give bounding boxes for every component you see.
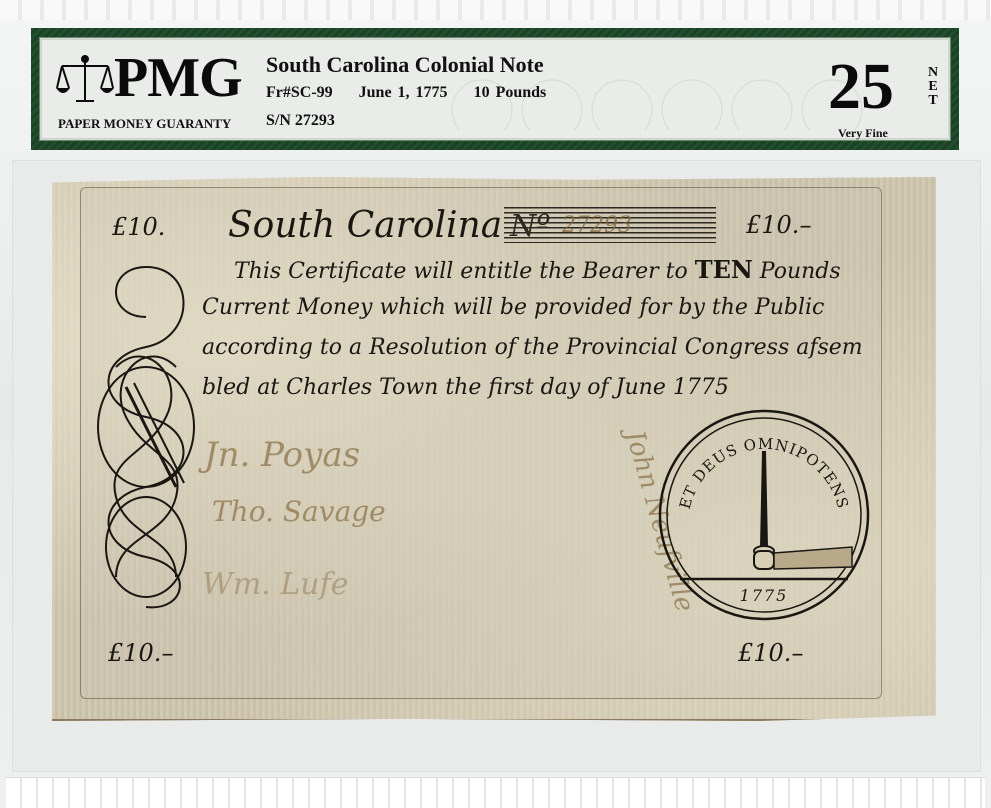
note-text-line-3: according to a Resolution of the Provinc… <box>202 335 863 360</box>
note-heading: South Carolina <box>228 205 502 246</box>
calligraphic-flourish-icon <box>86 257 206 617</box>
grade-description: Very Fine <box>838 126 888 141</box>
note-text-line-1: This Certificate will entitle the Bearer… <box>234 255 841 284</box>
pmg-logo: PMG <box>56 50 256 110</box>
serial-number: S/N 27293 <box>266 112 335 130</box>
seal-year: 1775 <box>740 586 789 605</box>
catalog-number: Fr#SC-99 <box>266 84 333 101</box>
note-title: South Carolina Colonial Note <box>266 52 544 78</box>
corner-value-bottom-left: £10.– <box>108 639 173 667</box>
pmg-brand: PMG <box>114 46 242 110</box>
corner-value-top-right: £10.– <box>746 211 811 239</box>
serial-ink: 27293 <box>562 213 632 238</box>
note-date: June 1, 1775 <box>359 84 448 101</box>
colonial-banknote: £10. South Carolina Nº 27293 £10.– This … <box>52 177 936 721</box>
signature: Tho. Savage <box>212 495 386 528</box>
corner-value-bottom-right: £10.– <box>738 639 803 667</box>
scales-of-justice-icon <box>56 54 114 106</box>
note-text: This Certificate will entitle the Bearer… <box>234 259 695 284</box>
grading-label-panel: PMG PAPER MONEY GUARANTY South Carolina … <box>40 38 950 140</box>
grade-qualifier-letter: E <box>926 80 940 94</box>
note-denomination: 10 Pounds <box>474 84 547 101</box>
corner-value-top-left: £10. <box>112 213 165 241</box>
signature: Jn. Poyas <box>204 435 360 475</box>
note-seal: ET DEUS OMNIPOTENS 1775 <box>656 407 872 623</box>
grade-qualifier-letter: T <box>926 94 940 108</box>
grade-qualifier: N E T <box>926 66 940 108</box>
grade-number: 25 <box>828 54 894 120</box>
grade-qualifier-letter: N <box>926 66 940 80</box>
note-text-line-2: Current Money which will be provided for… <box>202 295 824 320</box>
grading-label: PMG PAPER MONEY GUARANTY South Carolina … <box>31 28 959 150</box>
note-details: Fr#SC-99 June 1, 1775 10 Pounds <box>266 84 566 102</box>
pmg-holder: PMG PAPER MONEY GUARANTY South Carolina … <box>0 0 991 808</box>
note-text-line-4: bled at Charles Town the first day of Ju… <box>202 375 729 400</box>
serial-prefix: Nº <box>510 209 550 244</box>
holder-rim-bottom <box>6 777 985 808</box>
holder-rim-top <box>0 0 991 20</box>
note-text-bold: TEN <box>695 255 753 284</box>
signature: Wm. Lufe <box>202 567 348 602</box>
note-text: Pounds <box>753 259 841 284</box>
serial-number-box: Nº 27293 <box>504 207 716 243</box>
pmg-brand-subtitle: PAPER MONEY GUARANTY <box>58 116 231 132</box>
